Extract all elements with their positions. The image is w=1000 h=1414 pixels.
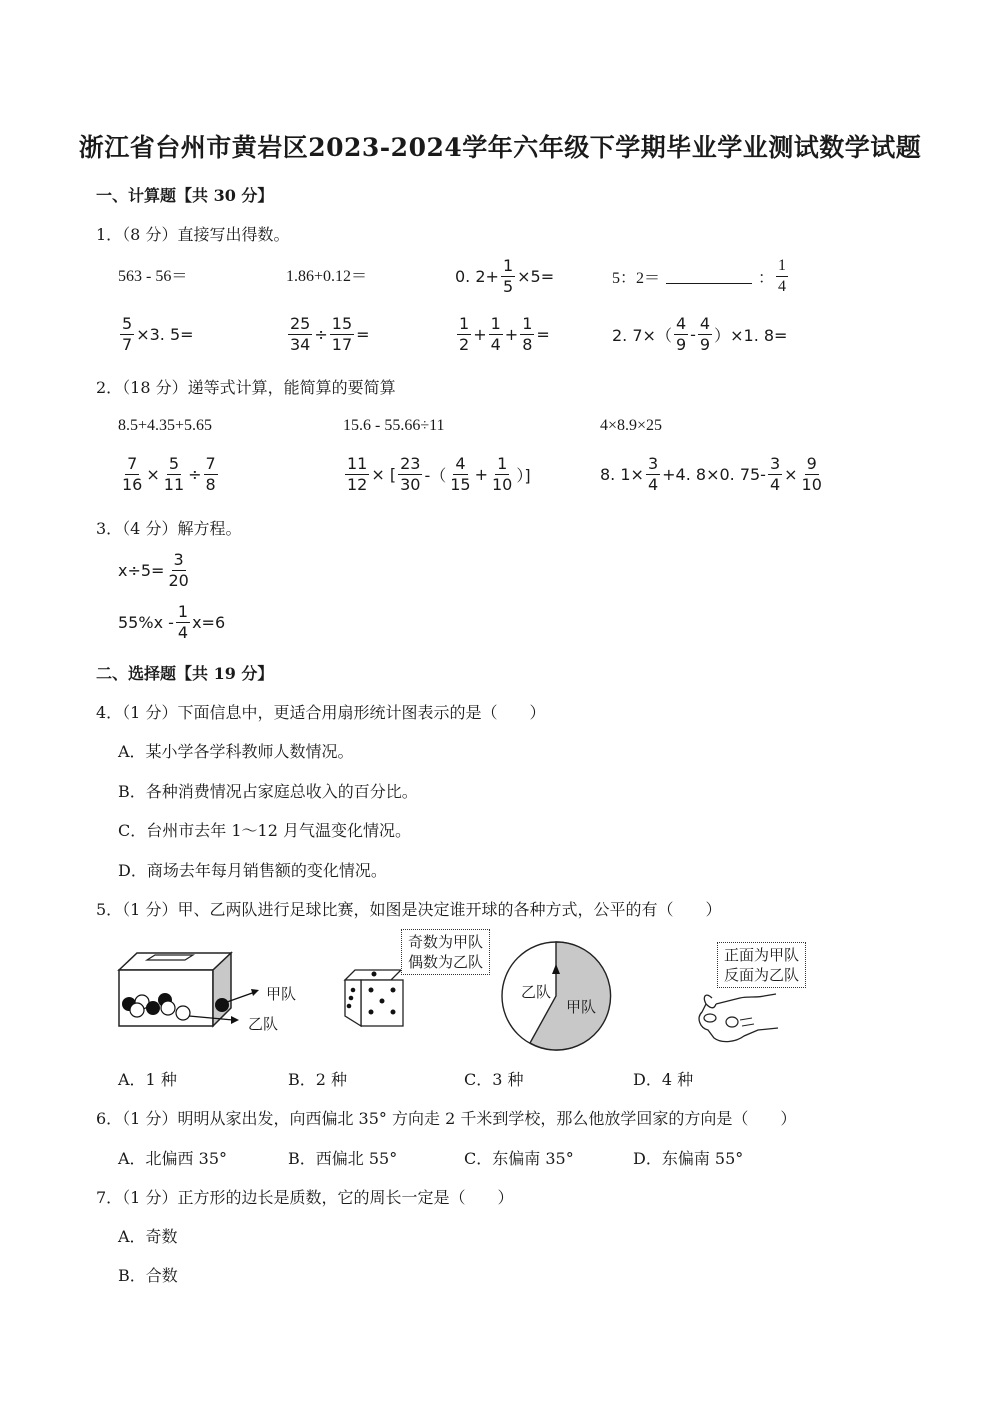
q2-expr-6: 8. 1× 34 +4. 8×0. 75- 34 × 910 xyxy=(600,456,826,493)
denominator: 4 xyxy=(489,335,503,353)
spinner-label-team-b: 乙队 xyxy=(521,981,551,1002)
fraction: 57 xyxy=(120,316,134,353)
dice-icon xyxy=(343,968,405,1028)
operator: - xyxy=(690,325,696,344)
q5-option-c[interactable]: C．3 种 xyxy=(464,1067,524,1090)
denominator: 4 xyxy=(776,277,788,295)
expr-text: x=6 xyxy=(192,613,225,632)
denominator: 5 xyxy=(501,277,515,295)
fraction: 34 xyxy=(646,456,660,493)
expr-text: 55%x - xyxy=(118,613,174,632)
denominator: 17 xyxy=(330,335,354,353)
q1-expr-3: 0. 2+ 15 ×5= xyxy=(455,258,554,295)
expr-text: +4. 8×0. 75- xyxy=(662,465,766,484)
q1-expr-4: 5：2＝ ： 14 xyxy=(612,258,790,295)
expr-text: 5：2＝ xyxy=(612,265,660,288)
operator: ÷ xyxy=(188,465,201,484)
numerator: 1 xyxy=(520,316,534,335)
expr-text: ： xyxy=(758,265,774,288)
denominator: 34 xyxy=(288,335,312,353)
page-title: 浙江省台州市黄岩区2023-2024学年六年级下学期毕业学业测试数学试题 xyxy=(0,128,1000,164)
question-7-label: 7．（1 分）正方形的边长是质数，它的周长一定是（ ） xyxy=(96,1185,513,1208)
numerator: 1 xyxy=(457,316,471,335)
denominator: 4 xyxy=(768,475,782,493)
denominator: 10 xyxy=(800,475,824,493)
fraction: 2330 xyxy=(398,456,422,493)
numerator: 3 xyxy=(646,456,660,475)
q7-option-a[interactable]: A．奇数 xyxy=(118,1224,178,1247)
fraction: 716 xyxy=(120,456,144,493)
denominator: 2 xyxy=(457,335,471,353)
denominator: 15 xyxy=(448,475,472,493)
fraction: 910 xyxy=(800,456,824,493)
q4-option-c[interactable]: C．台州市去年 1～12 月气温变化情况。 xyxy=(118,818,411,841)
fraction: 14 xyxy=(489,316,503,353)
q2-expr-4: 716 × 511 ÷ 78 xyxy=(118,456,220,493)
numerator: 3 xyxy=(768,456,782,475)
numerator: 11 xyxy=(345,456,369,475)
fraction: 1112 xyxy=(345,456,369,493)
q7-option-b[interactable]: B．合数 xyxy=(118,1263,178,1286)
numerator: 7 xyxy=(204,456,218,475)
denominator: 9 xyxy=(674,335,688,353)
numerator: 1 xyxy=(176,604,190,623)
fraction: 320 xyxy=(166,552,190,589)
denominator: 8 xyxy=(204,475,218,493)
q4-option-d[interactable]: D．商场去年每月销售额的变化情况。 xyxy=(118,858,387,881)
operator: + xyxy=(473,325,486,344)
numerator: 15 xyxy=(330,316,354,335)
question-2-label: 2．（18 分）递等式计算，能简算的要简算 xyxy=(96,375,396,398)
numerator: 1 xyxy=(489,316,503,335)
spinner-label-team-a: 甲队 xyxy=(566,996,596,1017)
coin-toss-figure xyxy=(692,990,782,1045)
denominator: 4 xyxy=(646,475,660,493)
fraction: 15 xyxy=(501,258,515,295)
q3-equation-2: 55%x - 14 x=6 xyxy=(118,604,225,641)
numerator: 3 xyxy=(172,552,186,571)
section-heading-multiple-choice: 二、选择题【共 19 分】 xyxy=(96,661,273,684)
operator: -（ xyxy=(424,463,446,486)
q2-expr-1: 8.5+4.35+5.65 xyxy=(118,417,212,435)
numerator: 23 xyxy=(398,456,422,475)
q5-option-d[interactable]: D．4 种 xyxy=(633,1067,693,1090)
q2-expr-3: 4×8.9×25 xyxy=(600,417,662,435)
dice-rule-note: 奇数为甲队 偶数为乙队 xyxy=(401,929,490,975)
fraction: 49 xyxy=(674,316,688,353)
denominator: 4 xyxy=(176,623,190,641)
q1-expr-7: 12 + 14 + 18 = xyxy=(455,316,550,353)
q1-expr-6: 2534 ÷ 1517 = xyxy=(286,316,370,353)
numerator: 25 xyxy=(288,316,312,335)
denominator: 30 xyxy=(398,475,422,493)
ball-box-label-team-a: 甲队 xyxy=(266,983,296,1004)
numerator: 9 xyxy=(805,456,819,475)
operator: ÷ xyxy=(314,325,327,344)
coin-rule-note: 正面为甲队 反面为乙队 xyxy=(717,942,806,988)
q1-expr-1: 563 - 56＝ xyxy=(118,263,187,286)
denominator: 7 xyxy=(120,335,134,353)
numerator: 4 xyxy=(674,316,688,335)
fraction: 18 xyxy=(520,316,534,353)
denominator: 10 xyxy=(490,475,514,493)
question-1-label: 1．（8 分）直接写出得数。 xyxy=(96,222,289,245)
numerator: 5 xyxy=(120,316,134,335)
dice-rule-line-1: 奇数为甲队 xyxy=(408,932,483,952)
operator: + xyxy=(505,325,518,344)
fraction: 415 xyxy=(448,456,472,493)
section-heading-calculation: 一、计算题【共 30 分】 xyxy=(96,183,273,206)
numerator: 1 xyxy=(495,456,509,475)
expr-text: 2. 7×（ xyxy=(612,323,672,346)
denominator: 8 xyxy=(520,335,534,353)
q4-option-a[interactable]: A．某小学各学科教师人数情况。 xyxy=(118,739,354,762)
ball-box-label-team-b: 乙队 xyxy=(248,1013,278,1034)
question-5-label: 5．（1 分）甲、乙两队进行足球比赛，如图是决定谁开球的各种方式，公平的有（ ） xyxy=(96,897,721,920)
question-3-label: 3．（4 分）解方程。 xyxy=(96,516,241,539)
q6-option-a[interactable]: A．北偏西 35° xyxy=(118,1146,227,1169)
denominator: 20 xyxy=(166,571,190,589)
fraction: 78 xyxy=(204,456,218,493)
q6-option-b[interactable]: B．西偏北 55° xyxy=(288,1146,397,1169)
q4-option-b[interactable]: B．各种消费情况占家庭总收入的百分比。 xyxy=(118,779,418,802)
fraction: 511 xyxy=(162,456,186,493)
denominator: 11 xyxy=(162,475,186,493)
operator: × xyxy=(784,465,797,484)
expr-text: ×3. 5= xyxy=(136,325,193,344)
expr-text: ×5= xyxy=(517,267,554,286)
denominator: 9 xyxy=(698,335,712,353)
q2-expr-2: 15.6 - 55.66÷11 xyxy=(343,417,445,435)
q1-expr-2: 1.86+0.12＝ xyxy=(286,263,367,286)
operator: × xyxy=(146,465,159,484)
q5-option-a[interactable]: A．1 种 xyxy=(118,1067,177,1090)
q1-expr-5: 57 ×3. 5= xyxy=(118,316,194,353)
coin-toss-hand-icon xyxy=(692,990,782,1045)
denominator: 12 xyxy=(345,475,369,493)
fraction: 2534 xyxy=(288,316,312,353)
expr-text: ）] xyxy=(516,463,530,486)
numerator: 4 xyxy=(453,456,467,475)
numerator: 7 xyxy=(125,456,139,475)
expr-text: = xyxy=(356,325,369,344)
expr-text: ）×1. 8= xyxy=(714,323,787,346)
q6-option-c[interactable]: C．东偏南 35° xyxy=(464,1146,574,1169)
expr-text: = xyxy=(536,325,549,344)
operator: + xyxy=(475,465,488,484)
q5-option-b[interactable]: B．2 种 xyxy=(288,1067,347,1090)
fraction: 1517 xyxy=(330,316,354,353)
numerator: 4 xyxy=(698,316,712,335)
dice-figure xyxy=(343,968,405,1028)
q6-option-d[interactable]: D．东偏南 55° xyxy=(633,1146,743,1169)
numerator: 1 xyxy=(501,258,515,277)
fraction: 12 xyxy=(457,316,471,353)
denominator: 16 xyxy=(120,475,144,493)
q2-expr-5: 1112 × [ 2330 -（ 415 + 110 ）] xyxy=(343,456,531,493)
numerator: 5 xyxy=(167,456,181,475)
coin-rule-line-2: 反面为乙队 xyxy=(724,965,799,985)
expr-text: 0. 2+ xyxy=(455,267,499,286)
question-4-label: 4．（1 分）下面信息中，更适合用扇形统计图表示的是（ ） xyxy=(96,700,545,723)
operator: × [ xyxy=(371,465,396,484)
q1-expr-8: 2. 7×（ 49 - 49 ）×1. 8= xyxy=(612,316,787,353)
fraction: 34 xyxy=(768,456,782,493)
numerator: 1 xyxy=(776,258,788,277)
fraction: 14 xyxy=(176,604,190,641)
q3-equation-1: x÷5= 320 xyxy=(118,552,193,589)
fraction: 49 xyxy=(698,316,712,353)
dice-rule-line-2: 偶数为乙队 xyxy=(408,952,483,972)
question-6-label: 6．（1 分）明明从家出发，向西偏北 35° 方向走 2 千米到学校，那么他放学… xyxy=(96,1106,796,1129)
answer-blank[interactable] xyxy=(666,270,752,284)
fraction: 14 xyxy=(776,258,788,295)
fraction: 110 xyxy=(490,456,514,493)
expr-text: x÷5= xyxy=(118,561,164,580)
coin-rule-line-1: 正面为甲队 xyxy=(724,945,799,965)
expr-text: 8. 1× xyxy=(600,465,644,484)
